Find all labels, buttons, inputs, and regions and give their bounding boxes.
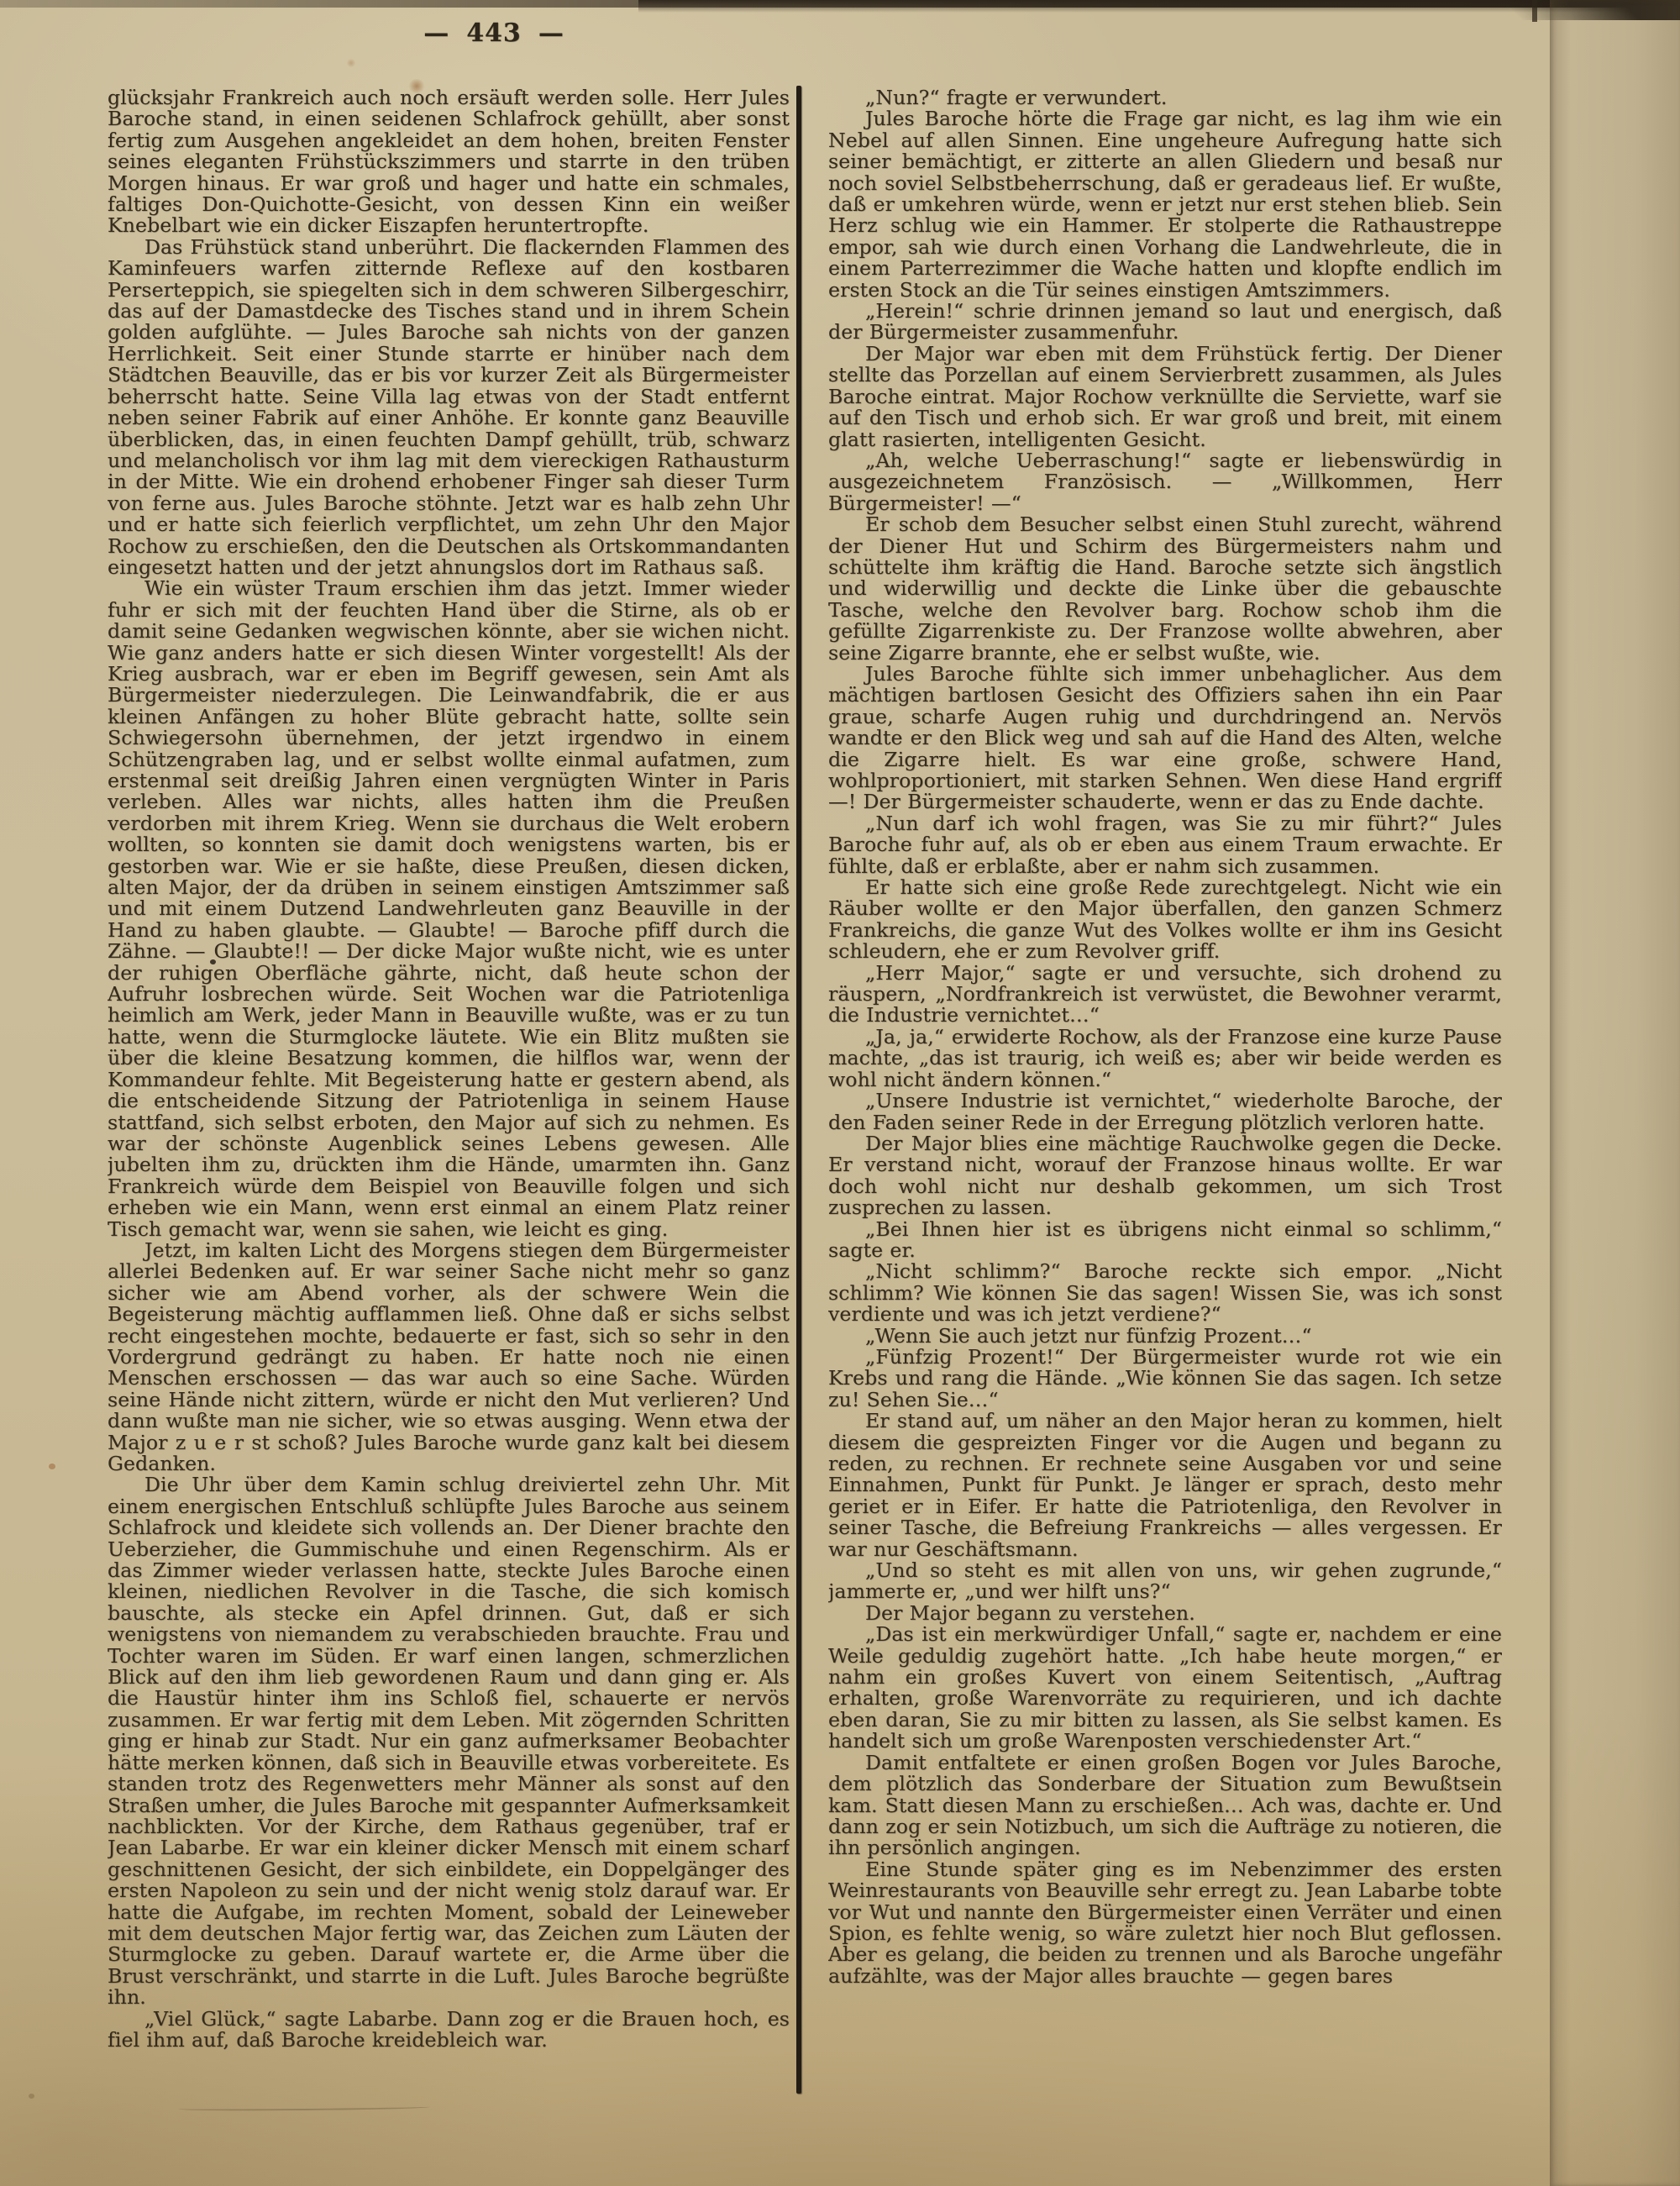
paragraph: „Herein!“ schrie drinnen jemand so laut … — [828, 301, 1502, 344]
paragraph: Die Uhr über dem Kamin schlug dreivierte… — [108, 1474, 790, 2008]
page-header: —443— — [368, 18, 620, 48]
paragraph: „Ja, ja,“ erwiderte Rochow, als der Fran… — [828, 1027, 1502, 1090]
paragraph: „Wenn Sie auch jetzt nur fünfzig Prozent… — [828, 1326, 1502, 1347]
paragraph: Jetzt, im kalten Licht des Morgens stieg… — [108, 1240, 790, 1474]
paragraph: Jules Baroche fühlte sich immer unbehagl… — [828, 664, 1502, 813]
ink-speck — [210, 959, 216, 964]
scanned-book-page: —443— glücksjahr Frankreich auch noch er… — [0, 0, 1680, 2186]
adjacent-page-edge — [1550, 0, 1680, 2186]
paragraph: Der Major begann zu verstehen. — [828, 1603, 1502, 1624]
paragraph: „Fünfzig Prozent!“ Der Bürgermeister wur… — [828, 1347, 1502, 1411]
paper-stain — [408, 79, 425, 93]
paragraph: „Und so steht es mit allen von uns, wir … — [828, 1560, 1502, 1603]
paragraph: „Das ist ein merkwürdiger Unfall,“ sagte… — [828, 1624, 1502, 1752]
text-column-right: „Nun?“ fragte er verwundert.Jules Baroch… — [828, 87, 1502, 2137]
header-dash-left: — — [423, 18, 449, 48]
page-seam-mark — [1532, 0, 1537, 22]
paragraph: „Ah, welche Ueberraschung!“ sagte er lie… — [828, 450, 1502, 514]
page-number: 443 — [466, 18, 522, 48]
paragraph: Wie ein wüster Traum erschien ihm das je… — [108, 578, 790, 1240]
header-dash-right: — — [538, 18, 564, 48]
paragraph: „Viel Glück,“ sagte Labarbe. Dann zog er… — [108, 2009, 790, 2052]
paragraph: „Unsere Industrie ist vernichtet,“ wiede… — [828, 1090, 1502, 1133]
rust-speck — [49, 1463, 55, 1469]
paragraph: „Nun darf ich wohl fragen, was Sie zu mi… — [828, 813, 1502, 877]
paragraph: „Bei Ihnen hier ist es übrigens nicht ei… — [828, 1219, 1502, 1262]
paragraph: „Nicht schlimm?“ Baroche reckte sich emp… — [828, 1261, 1502, 1325]
paragraph: Er schob dem Besucher selbst einen Stuhl… — [828, 514, 1502, 664]
paragraph: Er stand auf, um näher an den Major hera… — [828, 1411, 1502, 1560]
paragraph: Eine Stunde später ging es im Nebenzimme… — [828, 1859, 1502, 1987]
paragraph: „Nun?“ fragte er verwundert. — [828, 87, 1502, 108]
text-column-left: glücksjahr Frankreich auch noch ersäuft … — [108, 87, 790, 2137]
paragraph: glücksjahr Frankreich auch noch ersäuft … — [108, 87, 790, 237]
paragraph: Damit entfaltete er einen großen Bogen v… — [828, 1752, 1502, 1859]
paragraph: Der Major blies eine mächtige Rauchwolke… — [828, 1133, 1502, 1219]
paragraph: Er hatte sich eine große Rede zurechtgel… — [828, 877, 1502, 963]
paragraph: Das Frühstück stand unberührt. Die flack… — [108, 237, 790, 579]
paragraph: Der Major war eben mit dem Frühstück fer… — [828, 344, 1502, 450]
paper-speck — [29, 2094, 34, 2099]
column-divider-rule — [796, 86, 801, 2094]
paper-blotch — [538, 1957, 638, 2008]
paragraph: „Herr Major,“ sagte er und versuchte, si… — [828, 963, 1502, 1027]
paper-stain — [346, 59, 356, 67]
paragraph: Jules Baroche hörte die Frage gar nicht,… — [828, 108, 1502, 301]
